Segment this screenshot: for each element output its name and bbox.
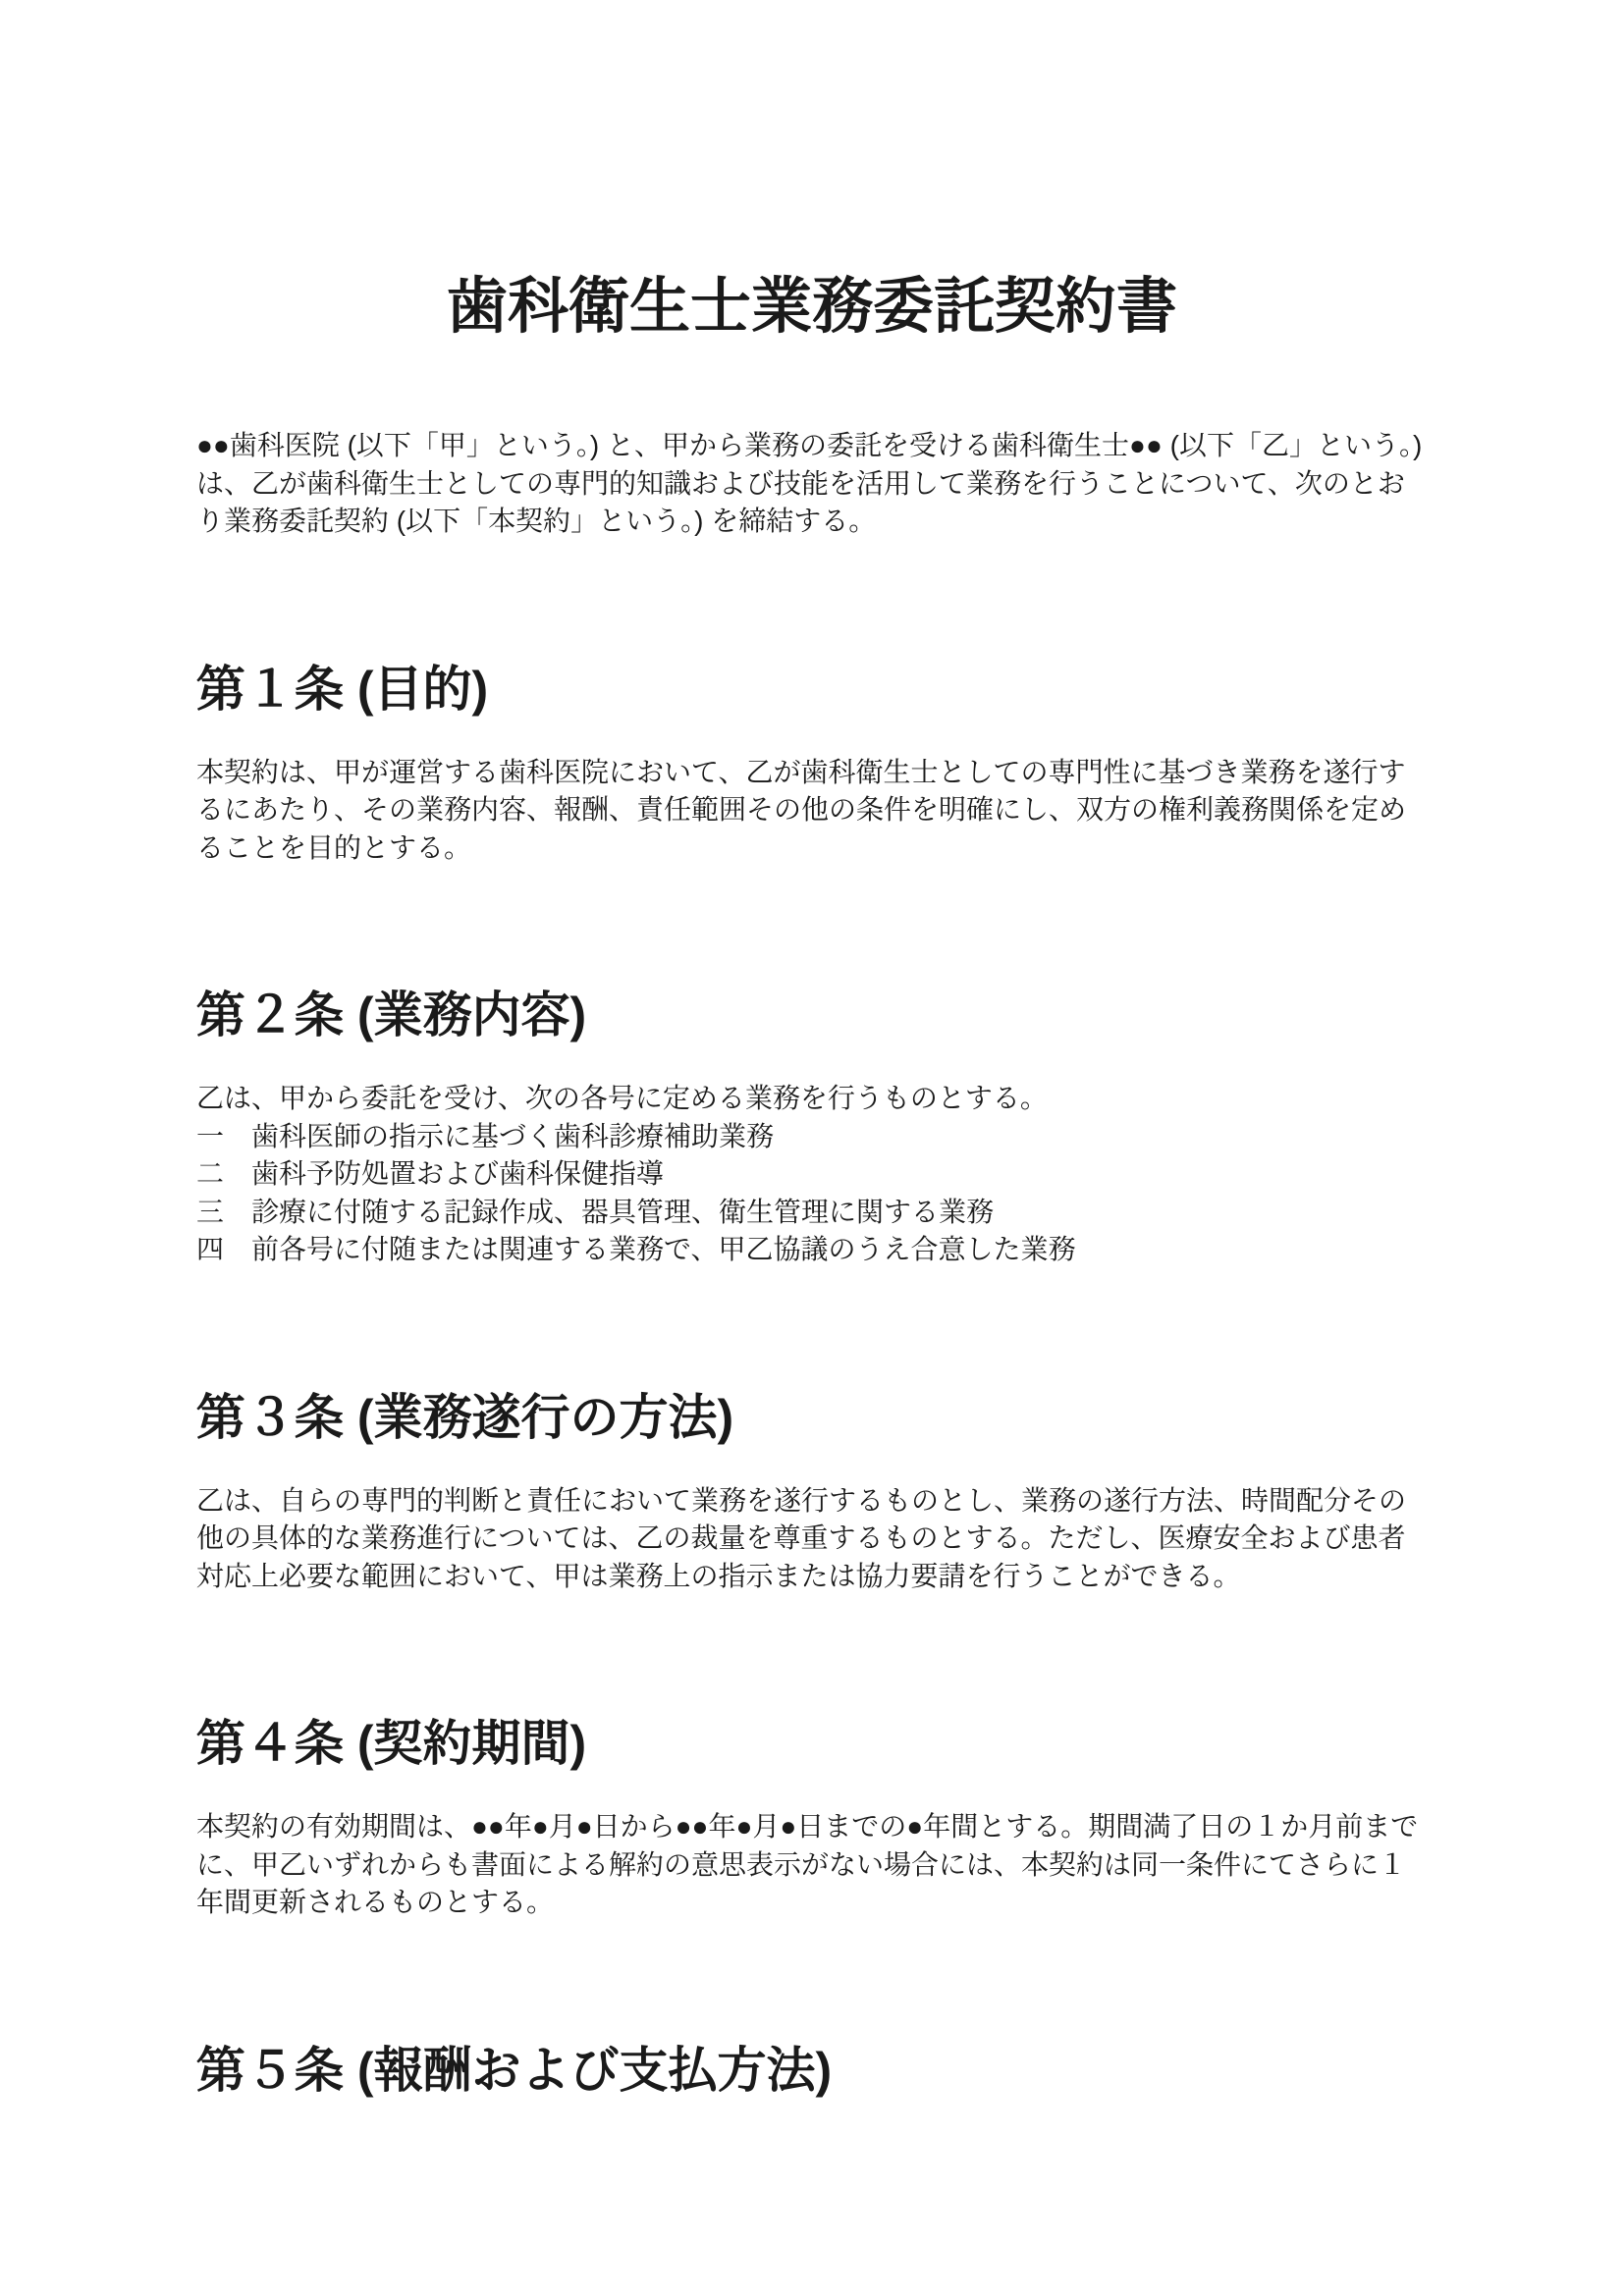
document-title: 歯科衛生士業務委託契約書 — [196, 270, 1428, 345]
section-article-4: 第４条 (契約期間) 本契約の有効期間は、●●年●月●日から●●年●月●日までの… — [196, 1713, 1428, 1922]
article-1-heading: 第１条 (目的) — [196, 659, 1428, 720]
article-2-body: 乙は、甲から委託を受け、次の各号に定める業務を行うものとする。 — [196, 1080, 1428, 1118]
article-3-heading: 第３条 (業務遂行の方法) — [196, 1387, 1428, 1448]
section-article-5: 第５条 (報酬および支払方法) — [196, 2040, 1428, 2101]
article-1-body: 本契約は、甲が運営する歯科医院において、乙が歯科衛生士としての専門性に基づき業務… — [196, 754, 1428, 868]
section-article-2: 第２条 (業務内容) 乙は、甲から委託を受け、次の各号に定める業務を行うものとす… — [196, 985, 1428, 1269]
intro-paragraph: ●●歯科医院 (以下「甲」という。) と、甲から業務の委託を受ける歯科衛生士●●… — [196, 427, 1428, 541]
article-4-body: 本契約の有効期間は、●●年●月●日から●●年●月●日までの●年間とする。期間満了… — [196, 1808, 1428, 1922]
article-2-heading: 第２条 (業務内容) — [196, 985, 1428, 1045]
article-4-heading: 第４条 (契約期間) — [196, 1713, 1428, 1774]
article-5-heading: 第５条 (報酬および支払方法) — [196, 2040, 1428, 2101]
article-2-item-4: 四 前各号に付随または関連する業務で、甲乙協議のうえ合意した業務 — [196, 1231, 1428, 1269]
section-article-3: 第３条 (業務遂行の方法) 乙は、自らの専門的判断と責任において業務を遂行するも… — [196, 1387, 1428, 1596]
document-page: 歯科衛生士業務委託契約書 ●●歯科医院 (以下「甲」という。) と、甲から業務の… — [0, 0, 1624, 2296]
article-2-item-2: 二 歯科予防処置および歯科保健指導 — [196, 1155, 1428, 1194]
article-3-body: 乙は、自らの専門的判断と責任において業務を遂行するものとし、業務の遂行方法、時間… — [196, 1482, 1428, 1596]
section-article-1: 第１条 (目的) 本契約は、甲が運営する歯科医院において、乙が歯科衛生士としての… — [196, 659, 1428, 868]
article-2-item-3: 三 診療に付随する記録作成、器具管理、衛生管理に関する業務 — [196, 1194, 1428, 1232]
article-2-item-1: 一 歯科医師の指示に基づく歯科診療補助業務 — [196, 1118, 1428, 1156]
article-2-item-list: 一 歯科医師の指示に基づく歯科診療補助業務 二 歯科予防処置および歯科保健指導 … — [196, 1118, 1428, 1269]
